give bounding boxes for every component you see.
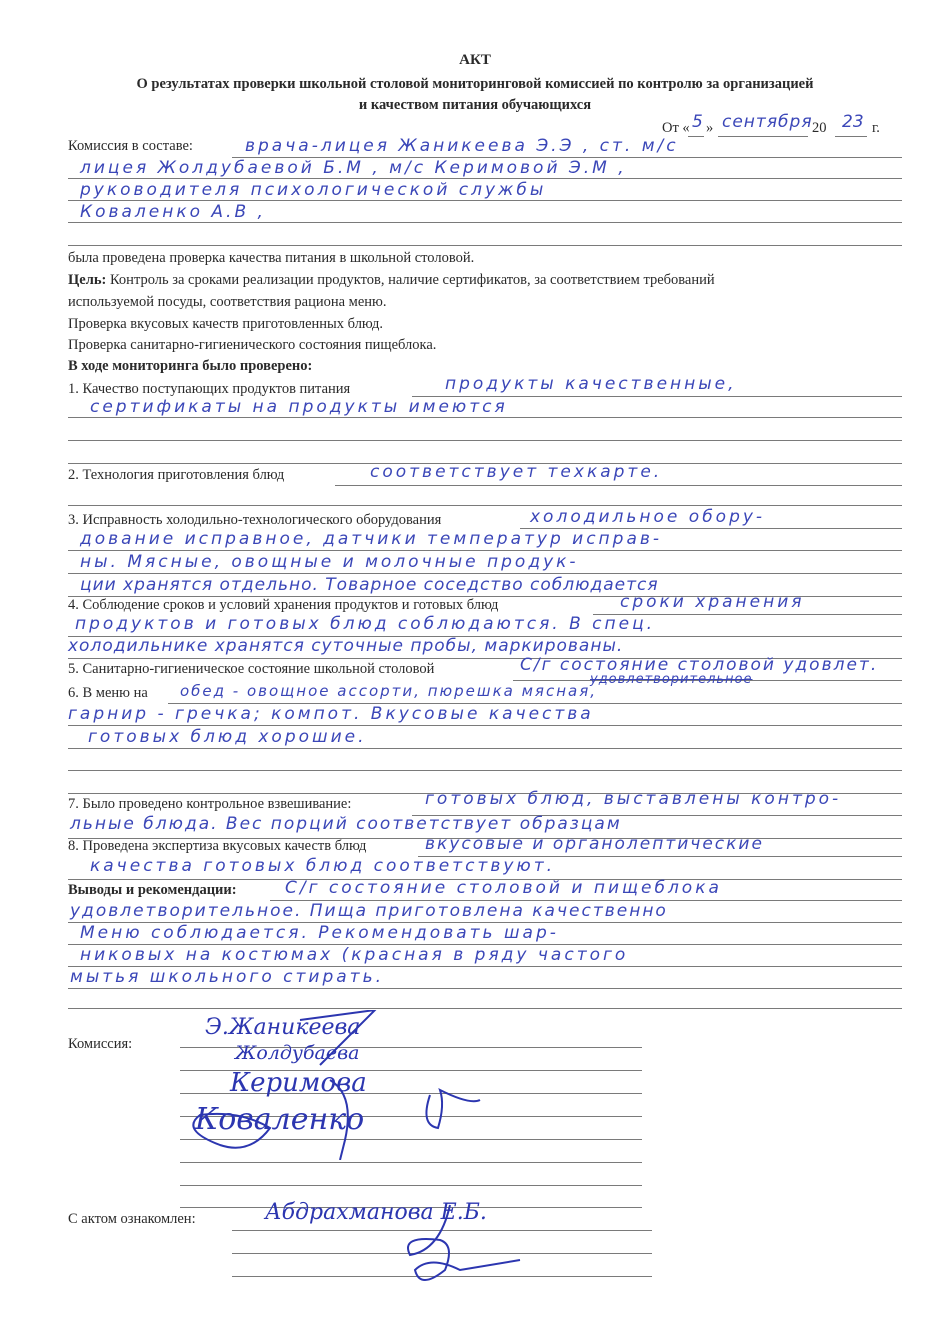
item-3-handwritten-3: ны. Мясные, овощные и молочные продук- [80, 552, 579, 572]
item-3-handwritten-4: ции хранятся отдельно. Товарное соседств… [80, 575, 659, 595]
item-5-handwritten-2: удовлетворительное [590, 672, 753, 687]
item-4-label: 4. Соблюдение сроков и условий хранения … [68, 597, 498, 614]
item-1-handwritten-1: продукты качественные, [445, 374, 737, 394]
item-7-handwritten-1: готовых блюд, выставлены контро- [425, 789, 841, 809]
goal-label: Цель: [68, 272, 106, 288]
acquainted-signature-flourish [380, 1200, 560, 1290]
goal-text-2: используемой посуды, соответствия рацион… [68, 294, 386, 311]
intro-text: была проведена проверка качества питания… [68, 250, 474, 267]
conclusions-handwritten-5: мытья школьного стирать. [70, 967, 384, 987]
goal-text: Цель: Контроль за сроками реализации про… [68, 272, 715, 289]
date-day: 5 [692, 112, 703, 132]
date-year: 23 [842, 112, 864, 132]
date-month: сентября [722, 112, 813, 132]
item-8-label: 8. Проведена экспертиза вкусовых качеств… [68, 838, 366, 855]
conclusions-handwritten-2: удовлетворительное. Пища приготовлена ка… [70, 901, 668, 921]
item-8-handwritten-2: качества готовых блюд соответствуют. [90, 856, 555, 876]
item-7-handwritten-2: льные блюда. Вес порций соответствует об… [70, 814, 622, 834]
item-4-handwritten-3: холодильнике хранятся суточные пробы, ма… [68, 636, 623, 656]
item-6-handwritten-3: готовых блюд хорошие. [88, 727, 366, 747]
item-6-handwritten-2: гарнир - гречка; компот. Вкусовые качест… [68, 704, 594, 724]
monitoring-label: В ходе мониторинга было проверено: [68, 358, 312, 375]
item-3-handwritten-1: холодильное обору- [530, 507, 765, 527]
conclusions-handwritten-4: никовых на костюмах (красная в ряду част… [80, 945, 628, 965]
date-suffix: г. [872, 120, 880, 137]
date-mid: » [706, 120, 713, 137]
item-7-label: 7. Было проведено контрольное взвешивани… [68, 796, 351, 813]
commission-label: Комиссия в составе: [68, 138, 193, 155]
conclusions-handwritten-1: С/г состояние столовой и пищеблока [285, 878, 722, 898]
commission-signatures-label: Комиссия: [68, 1036, 132, 1053]
item-4-handwritten-2: продуктов и готовых блюд соблюдаются. В … [75, 614, 655, 634]
acquainted-label: С актом ознакомлен: [68, 1211, 196, 1228]
item-3-handwritten-2: дование исправное, датчики температур ис… [80, 529, 662, 549]
item-4-handwritten-1: сроки хранения [620, 592, 805, 612]
item-2-handwritten-1: соответствует техкарте. [370, 462, 662, 482]
item-3-label: 3. Исправность холодильно-технологическо… [68, 512, 441, 529]
item-2-label: 2. Технология приготовления блюд [68, 467, 284, 484]
item-6-handwritten-1: обед - овощное ассорти, пюрешка мясная, [180, 682, 597, 700]
document-subtitle-line1: О результатах проверки школьной столовой… [0, 76, 950, 93]
item-1-handwritten-2: сертификаты на продукты имеются [90, 397, 508, 417]
commission-handwritten-4: Коваленко А.В , [80, 202, 266, 222]
commission-handwritten-1: врача-лицея Жаникеева Э.Э , ст. м/с [245, 136, 679, 156]
item-8-handwritten-1: вкусовые и органолептические [425, 834, 764, 854]
date-prefix: От « [662, 120, 690, 137]
conclusions-handwritten-3: Меню соблюдается. Рекомендовать шар- [80, 923, 559, 943]
item-1-label: 1. Качество поступающих продуктов питани… [68, 381, 350, 398]
commission-handwritten-2: лицея Жолдубаевой Б.М , м/с Керимовой Э.… [80, 158, 627, 178]
item-6-label: 6. В меню на [68, 685, 148, 702]
item-5-label: 5. Санитарно-гигиеническое состояние шко… [68, 661, 434, 678]
goal-description: Контроль за сроками реализации продуктов… [110, 272, 715, 288]
conclusions-label: Выводы и рекомендации: [68, 882, 237, 899]
commission-handwritten-3: руководителя психологической службы [80, 180, 546, 200]
signature-scribbles [180, 1010, 500, 1160]
check-sanitary: Проверка санитарно-гигиенического состоя… [68, 337, 436, 354]
date-year-prefix: 20 [812, 120, 827, 137]
document-title: АКТ [0, 52, 950, 69]
check-taste: Проверка вкусовых качеств приготовленных… [68, 316, 383, 333]
